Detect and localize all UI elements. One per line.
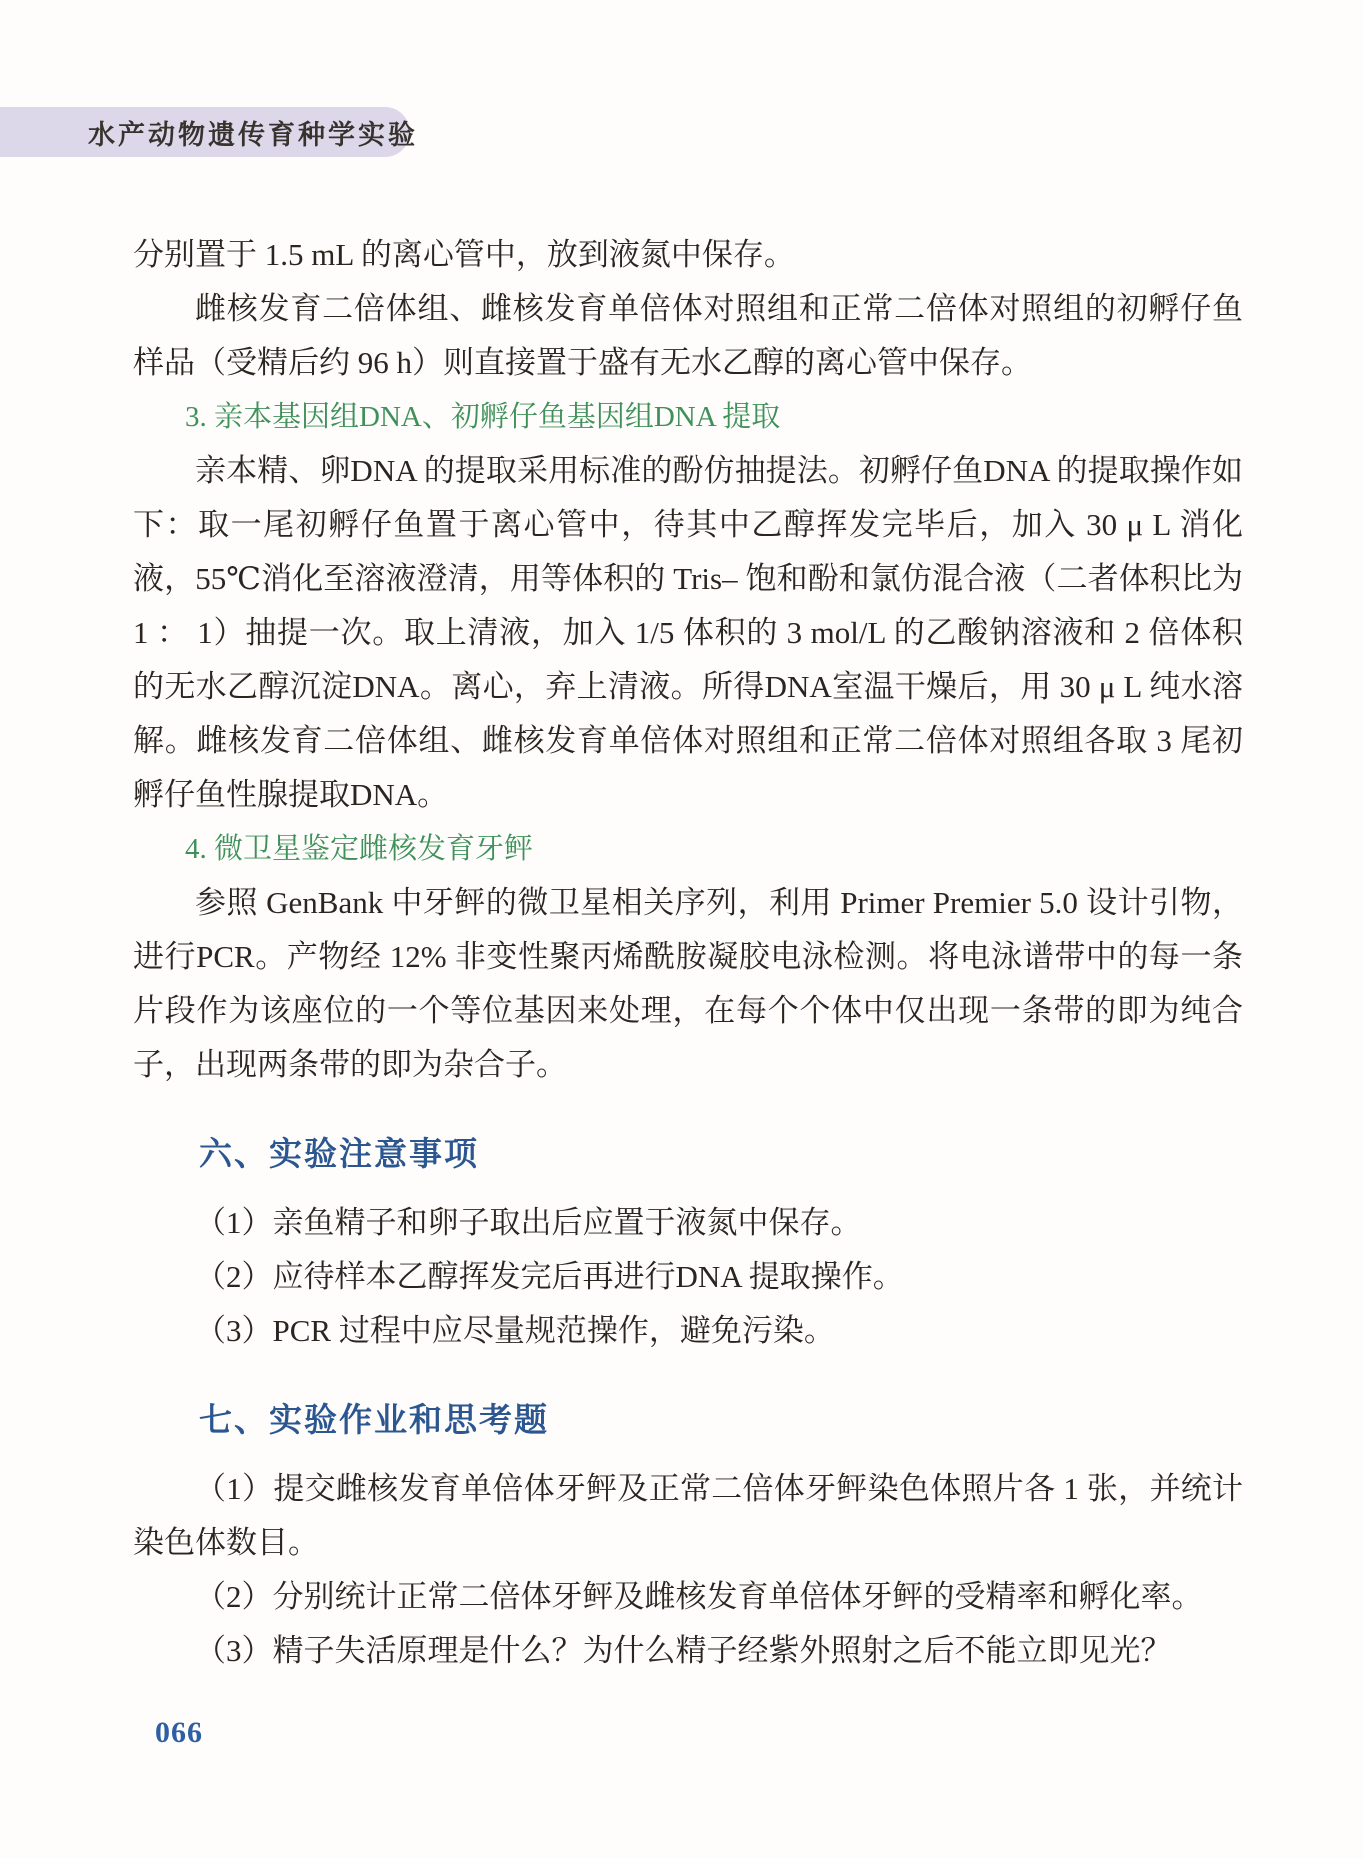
- list-item: （3）精子失活原理是什么？为什么精子经紫外照射之后不能立即见光？: [133, 1624, 1243, 1678]
- running-header-title: 水产动物遗传育种学实验: [88, 113, 418, 152]
- list-item: （1）提交雌核发育单倍体牙鲆及正常二倍体牙鲆染色体照片各 1 张，并统计染色体数…: [133, 1462, 1243, 1570]
- running-header-bar: 水产动物遗传育种学实验: [0, 107, 410, 157]
- page-number: 066: [155, 1716, 203, 1750]
- list-item: （1）亲鱼精子和卵子取出后应置于液氮中保存。: [133, 1196, 1243, 1250]
- paragraph: 参照 GenBank 中牙鲆的微卫星相关序列，利用 Primer Premier…: [133, 876, 1243, 1092]
- book-page: 水产动物遗传育种学实验 分别置于 1.5 mL 的离心管中，放到液氮中保存。雌核…: [0, 0, 1363, 1859]
- section-heading: 六、实验注意事项: [133, 1126, 1243, 1182]
- section-heading: 七、实验作业和思考题: [133, 1392, 1243, 1448]
- page-content: 分别置于 1.5 mL 的离心管中，放到液氮中保存。雌核发育二倍体组、雌核发育单…: [133, 228, 1243, 1678]
- list-item: （3）PCR 过程中应尽量规范操作，避免污染。: [133, 1304, 1243, 1358]
- list-item: （2）分别统计正常二倍体牙鲆及雌核发育单倍体牙鲆的受精率和孵化率。: [133, 1570, 1243, 1624]
- paragraph-continuation: 分别置于 1.5 mL 的离心管中，放到液氮中保存。: [133, 228, 1243, 282]
- paragraph: 雌核发育二倍体组、雌核发育单倍体对照组和正常二倍体对照组的初孵仔鱼样品（受精后约…: [133, 282, 1243, 390]
- subsection-heading: 4. 微卫星鉴定雌核发育牙鲆: [133, 822, 1243, 876]
- paragraph: 亲本精、卵DNA 的提取采用标准的酚仿抽提法。初孵仔鱼DNA 的提取操作如下：取…: [133, 444, 1243, 822]
- list-item: （2）应待样本乙醇挥发完后再进行DNA 提取操作。: [133, 1250, 1243, 1304]
- subsection-heading: 3. 亲本基因组DNA、初孵仔鱼基因组DNA 提取: [133, 390, 1243, 444]
